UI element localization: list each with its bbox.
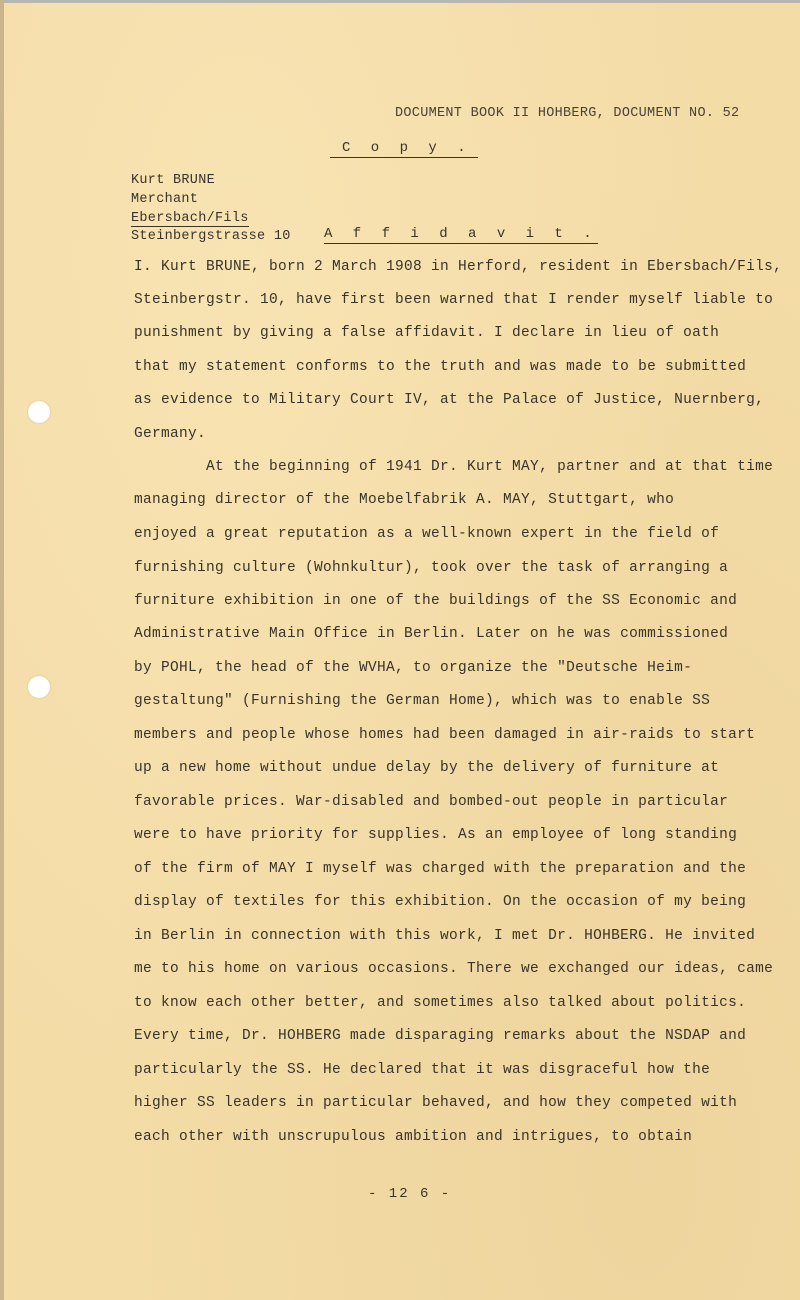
body-line: each other with unscrupulous ambition an… <box>134 1129 692 1145</box>
body-line: as evidence to Military Court IV, at the… <box>134 392 764 408</box>
body-line: Germany. <box>134 426 206 442</box>
body-line: display of textiles for this exhibition.… <box>134 894 746 910</box>
scan-top-edge <box>0 0 800 3</box>
body-line: up a new home without undue delay by the… <box>134 760 719 776</box>
body-line: enjoyed a great reputation as a well-kno… <box>134 526 719 542</box>
body-line: by POHL, the head of the WVHA, to organi… <box>134 660 692 676</box>
body-line: were to have priority for supplies. As a… <box>134 827 737 843</box>
body-line: furnishing culture (Wohnkultur), took ov… <box>134 560 728 576</box>
body-line: members and people whose homes had been … <box>134 727 755 743</box>
copy-label: C o p y . <box>330 140 478 158</box>
address-city: Ebersbach/Fils <box>131 211 249 227</box>
body-line: Every time, Dr. HOHBERG made disparaging… <box>134 1028 746 1044</box>
body-line: gestaltung" (Furnishing the German Home)… <box>134 693 710 709</box>
document-title: A f f i d a v i t . <box>324 226 598 244</box>
body-line: to know each other better, and sometimes… <box>134 995 746 1011</box>
body-line: that my statement conforms to the truth … <box>134 359 746 375</box>
address-name: Kurt BRUNE <box>131 173 215 188</box>
body-line: higher SS leaders in particular behaved,… <box>134 1095 737 1111</box>
body-line: managing director of the Moebelfabrik A.… <box>134 492 674 508</box>
address-occupation: Merchant <box>131 192 198 207</box>
body-line: Administrative Main Office in Berlin. La… <box>134 626 728 642</box>
body-line: in Berlin in connection with this work, … <box>134 928 755 944</box>
body-line: favorable prices. War-disabled and bombe… <box>134 794 728 810</box>
body-line: punishment by giving a false affidavit. … <box>134 325 719 341</box>
body-line: I. Kurt BRUNE, born 2 March 1908 in Herf… <box>134 259 782 275</box>
document-header: DOCUMENT BOOK II HOHBERG, DOCUMENT NO. 5… <box>395 106 739 121</box>
page-number: - 12 6 - <box>368 1186 451 1202</box>
address-street: Steinbergstrasse 10 <box>131 229 291 244</box>
document-page: DOCUMENT BOOK II HOHBERG, DOCUMENT NO. 5… <box>0 0 800 1300</box>
body-line: particularly the SS. He declared that it… <box>134 1062 710 1078</box>
body-line: me to his home on various occasions. The… <box>134 961 773 977</box>
body-line: of the firm of MAY I myself was charged … <box>134 861 746 877</box>
body-line: At the beginning of 1941 Dr. Kurt MAY, p… <box>134 459 773 475</box>
body-line: furniture exhibition in one of the build… <box>134 593 737 609</box>
punch-hole-icon <box>28 676 50 698</box>
scan-left-edge <box>0 0 4 1300</box>
body-line: Steinbergstr. 10, have first been warned… <box>134 292 773 308</box>
punch-hole-icon <box>28 401 50 423</box>
